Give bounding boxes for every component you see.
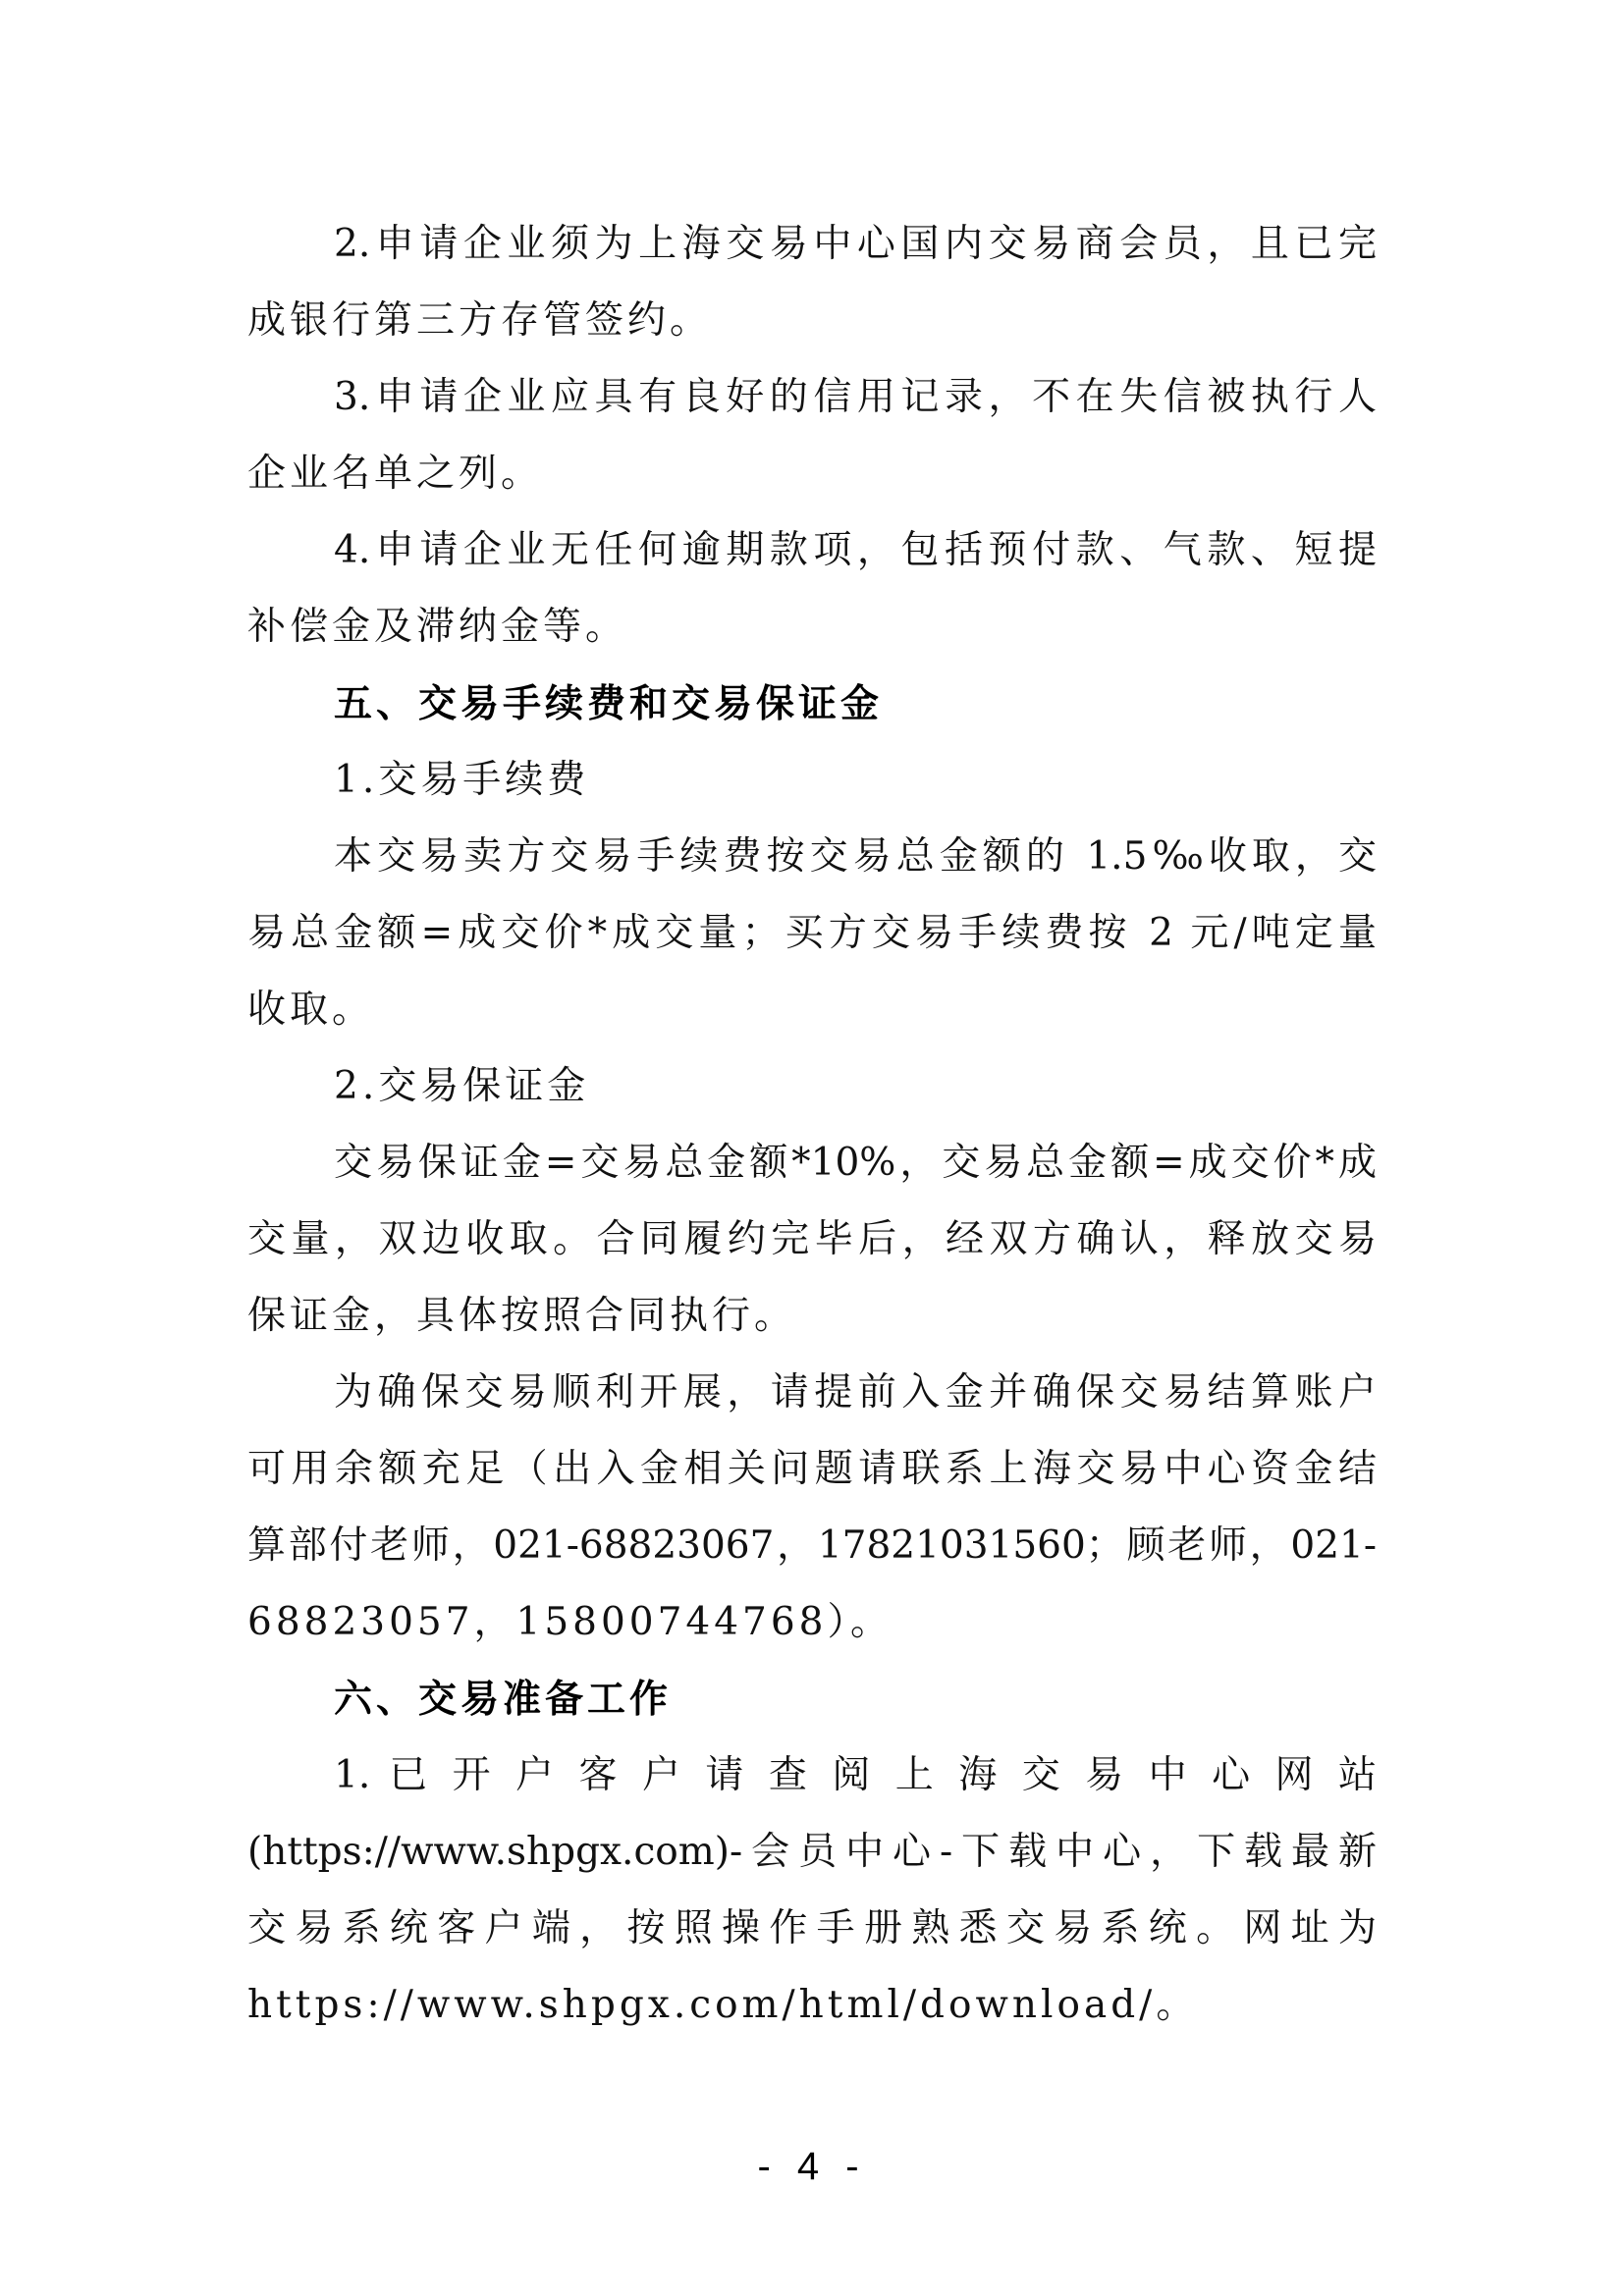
paragraph-line: 本交易卖方交易手续费按交易总金额的 1.5‰收取，交	[334, 819, 1377, 895]
paragraph-line: 补偿金及滞纳金等。	[247, 589, 1377, 666]
paragraph-line: (https://www.shpgx.com)-会员中心-下载中心，下载最新	[247, 1814, 1377, 1891]
paragraph-line: 交易保证金=交易总金额*10%，交易总金额=成交价*成	[334, 1125, 1377, 1201]
section-heading: 五、交易手续费和交易保证金	[334, 666, 1377, 742]
paragraph-line: 企业名单之列。	[247, 436, 1377, 512]
paragraph-line: 68823057，15800744768）。	[247, 1584, 1377, 1661]
paragraph-line: 4.申请企业无任何逾期款项，包括预付款、气款、短提	[334, 512, 1377, 589]
paragraph-line: 成银行第三方存管签约。	[247, 283, 1377, 359]
paragraph-line: 3.申请企业应具有良好的信用记录，不在失信被执行人	[334, 359, 1377, 436]
paragraph-line: 算部付老师，021-68823067，17821031560；顾老师，021-	[247, 1508, 1377, 1584]
paragraph-line: 交量，双边收取。合同履约完毕后，经双方确认，释放交易	[247, 1201, 1377, 1278]
paragraph-line: 2.申请企业须为上海交易中心国内交易商会员，且已完	[334, 206, 1377, 283]
paragraph-line: 保证金，具体按照合同执行。	[247, 1278, 1377, 1355]
paragraph-line: 收取。	[247, 972, 1377, 1048]
paragraph-line: 为确保交易顺利开展，请提前入金并确保交易结算账户	[334, 1355, 1377, 1431]
paragraph-line: 可用余额充足（出入金相关问题请联系上海交易中心资金结	[247, 1431, 1377, 1508]
paragraph-line: https://www.shpgx.com/html/download/。	[247, 1967, 1377, 2044]
page-number: - 4 -	[0, 2145, 1624, 2189]
paragraph-line: 交易系统客户端，按照操作手册熟悉交易系统。网址为	[247, 1891, 1377, 1967]
document-page: 2.申请企业须为上海交易中心国内交易商会员，且已完 成银行第三方存管签约。 3.…	[0, 0, 1624, 2296]
paragraph-line: 易总金额=成交价*成交量；买方交易手续费按 2 元/吨定量	[247, 895, 1377, 972]
subsection-title: 1.交易手续费	[334, 742, 1377, 819]
section-heading: 六、交易准备工作	[334, 1661, 1377, 1737]
paragraph-line: 1. 已 开 户 客 户 请 查 阅 上 海 交 易 中 心 网 站	[334, 1737, 1377, 1814]
subsection-title: 2.交易保证金	[334, 1048, 1377, 1125]
